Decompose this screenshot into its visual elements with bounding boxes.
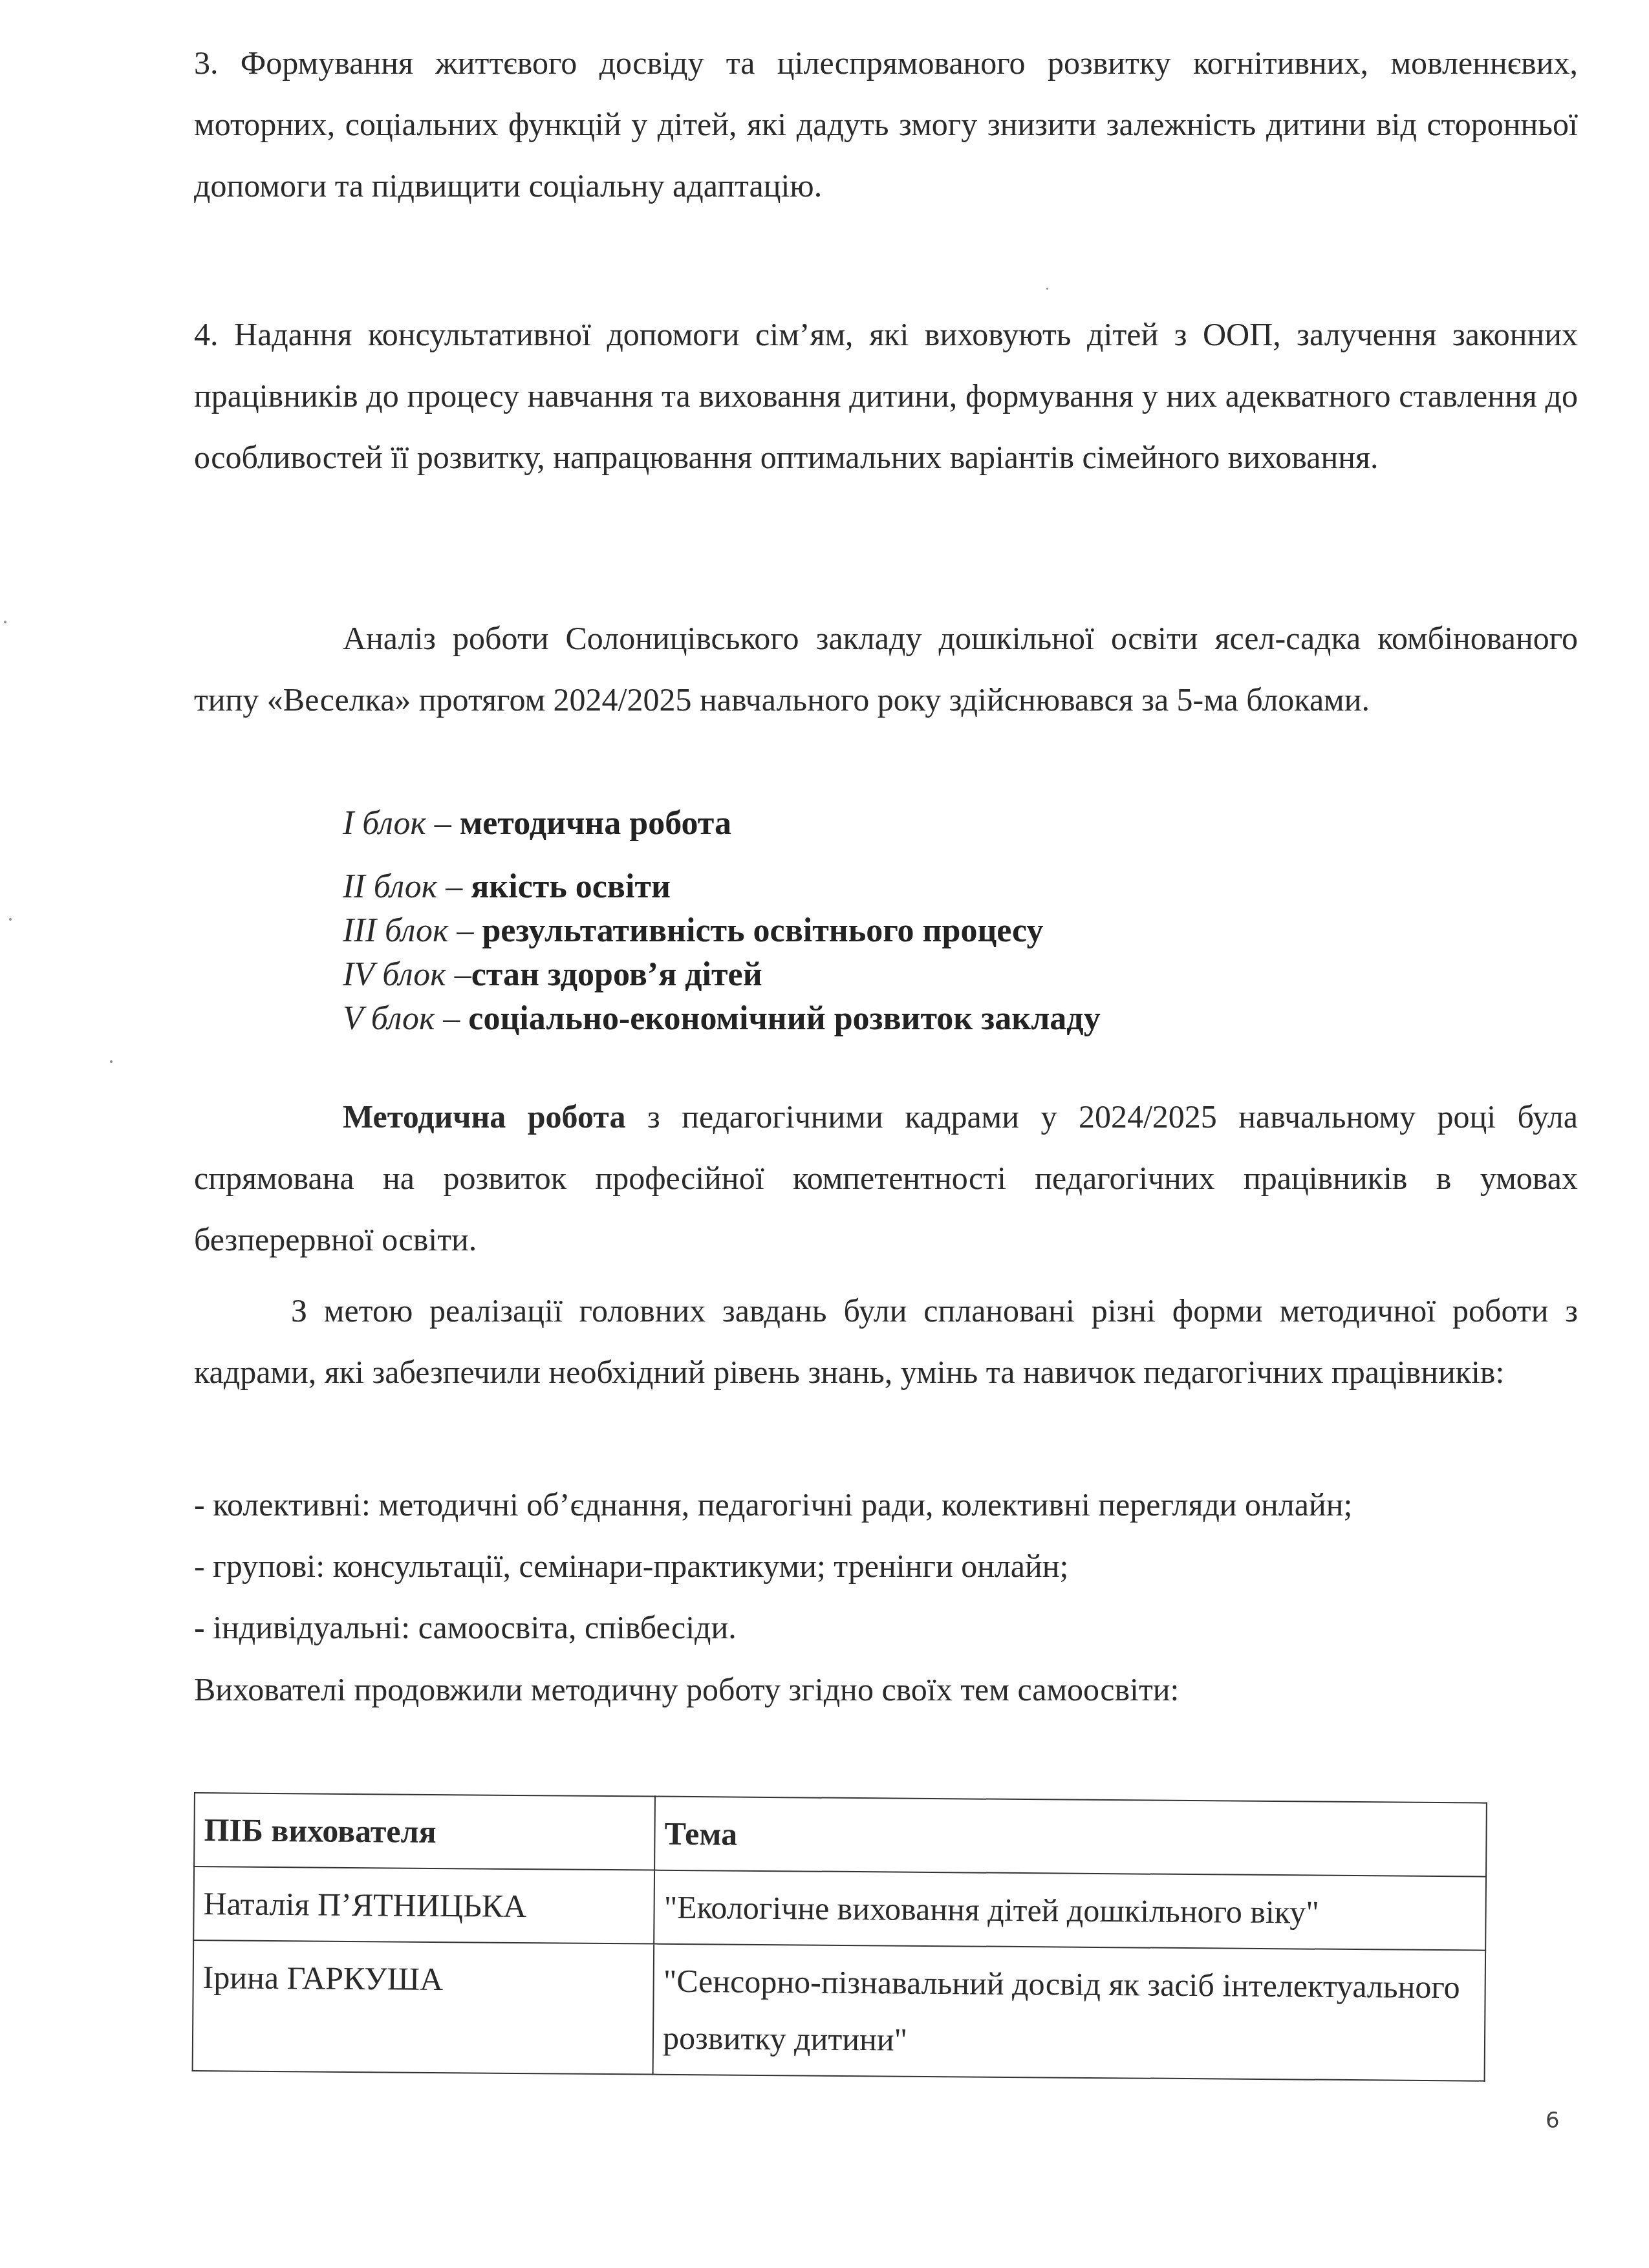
paragraph-item-3: 3. Формування життєвого досвіду та цілес… (194, 32, 1578, 217)
paragraph-item-4: 4. Надання консультативної допомоги сім’… (194, 304, 1578, 488)
block-title: результативність освітнього процесу (482, 912, 1043, 949)
methodical-work-label: Методична робота (343, 1098, 625, 1135)
paragraph-methodical-work: Методична робота з педагогічними кадрами… (194, 1086, 1578, 1270)
block-title: методична робота (460, 805, 731, 842)
paragraph-teachers-intro: Вихователі продовжили методичну роботу з… (194, 1659, 1180, 1720)
table-row: Ірина ГАРКУША "Сенсорно-пізнавальний дос… (193, 1940, 1486, 2081)
block-item: I блок – методична робота (343, 802, 1101, 846)
block-item: III блок – результативність освітнього п… (343, 909, 1101, 953)
self-education-topics-table: ПІБ вихователя Тема Наталія П’ЯТНИЦЬКА "… (192, 1792, 1487, 2082)
list-item: - групові: консультації, семінари-практи… (194, 1535, 1617, 1597)
block-separator: – (448, 912, 482, 949)
work-forms-list: - колективні: методичні об’єднання, педа… (194, 1474, 1617, 1658)
block-separator: – (435, 1000, 468, 1037)
table-header-topic: Тема (654, 1797, 1487, 1877)
list-item: - індивідуальні: самоосвіта, співбесіди. (194, 1597, 1617, 1658)
block-title: соціально-економічний розвиток закладу (468, 1000, 1100, 1037)
topic-cell: "Сенсорно-пізнавальний досвід як засіб і… (653, 1944, 1485, 2081)
block-number: I блок (343, 805, 426, 842)
scan-artifact (1046, 288, 1048, 290)
block-separator: – (437, 868, 471, 905)
block-number: III блок (343, 912, 448, 949)
block-number: IV блок (343, 956, 446, 993)
topic-cell: "Екологічне виховання дітей дошкільного … (654, 1870, 1486, 1951)
table-header-name: ПІБ вихователя (194, 1793, 655, 1870)
table-row: Наталія П’ЯТНИЦЬКА "Екологічне виховання… (193, 1867, 1486, 1951)
block-title: якість освіти (471, 868, 671, 905)
block-number: V блок (343, 1000, 435, 1037)
teacher-name-cell: Ірина ГАРКУША (193, 1940, 654, 2075)
paragraph-goal: З метою реалізації головних завдань були… (194, 1280, 1578, 1403)
paragraph-analysis: Аналіз роботи Солоницівського закладу до… (194, 608, 1578, 731)
block-item: IV блок –стан здоров’я дітей (343, 953, 1101, 997)
page-number: 6 (1546, 2108, 1560, 2134)
block-separator: – (426, 805, 460, 842)
blocks-list: I блок – методична робота II блок – якіс… (343, 802, 1101, 1041)
block-title: стан здоров’я дітей (471, 956, 762, 993)
block-number: II блок (343, 868, 437, 905)
block-item: V блок – соціально-економічний розвиток … (343, 997, 1101, 1041)
teacher-name-cell: Наталія П’ЯТНИЦЬКА (193, 1867, 654, 1944)
scan-artifact (9, 918, 12, 921)
list-item: - колективні: методичні об’єднання, педа… (194, 1474, 1617, 1535)
table-header-row: ПІБ вихователя Тема (194, 1793, 1487, 1877)
block-separator: – (446, 956, 471, 993)
scan-artifact (4, 621, 6, 623)
block-item: II блок – якість освіти (343, 865, 1101, 909)
scan-artifact (110, 1060, 113, 1063)
